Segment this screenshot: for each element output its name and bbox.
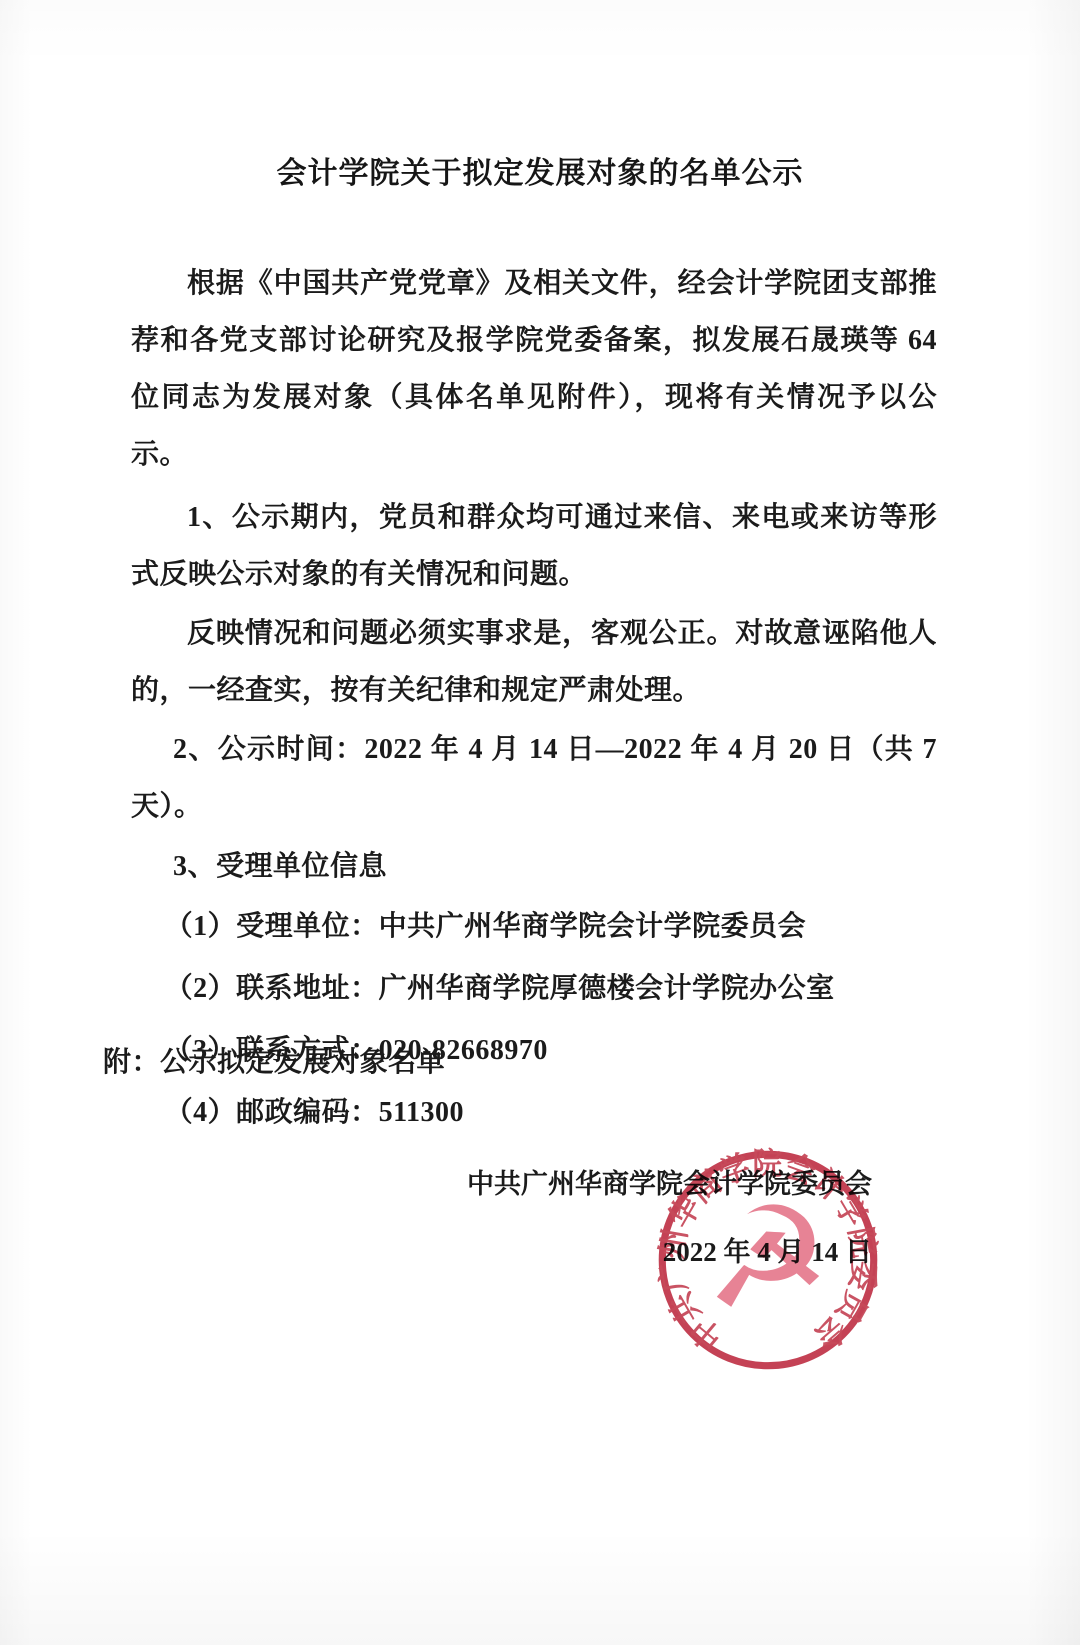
paragraph-item-1: 1、公示期内，党员和群众均可通过来信、来电或来访等形式反映公示对象的有关情况和问…: [131, 489, 937, 603]
attachment-note: 附：公示拟定发展对象名单: [103, 1040, 445, 1080]
document-body: 根据《中国共产党党章》及相关文件，经会计学院团支部推荐和各党支部讨论研究及报学院…: [131, 255, 937, 1143]
paragraph-warning: 反映情况和问题必须实事求是，客观公正。对故意诬陷他人的，一经查实，按有关纪律和规…: [131, 605, 937, 719]
paragraph-item-3-unit: 3、受理单位信息: [131, 838, 937, 895]
contact-address: （2）联系地址：广州华商学院厚德楼会计学院办公室: [131, 959, 937, 1019]
paragraph-item-2-period: 2、公示时间：2022 年 4 月 14 日—2022 年 4 月 20 日（共…: [131, 721, 937, 835]
contact-postal-code: （4）邮政编码：511300: [131, 1083, 937, 1143]
official-seal-stamp: 中共广州华商学院会计学院委员会 ☭: [646, 1138, 890, 1382]
scanned-notice-page: 会计学院关于拟定发展对象的名单公示 根据《中国共产党党章》及相关文件，经会计学院…: [0, 0, 1080, 1645]
paragraph-intro: 根据《中国共产党党章》及相关文件，经会计学院团支部推荐和各党支部讨论研究及报学院…: [131, 255, 937, 483]
document-title: 会计学院关于拟定发展对象的名单公示: [0, 148, 1080, 192]
contact-accepting-unit: （1）受理单位：中共广州华商学院会计学院委员会: [131, 897, 937, 957]
hammer-sickle-emblem-icon: ☭: [705, 1178, 831, 1341]
